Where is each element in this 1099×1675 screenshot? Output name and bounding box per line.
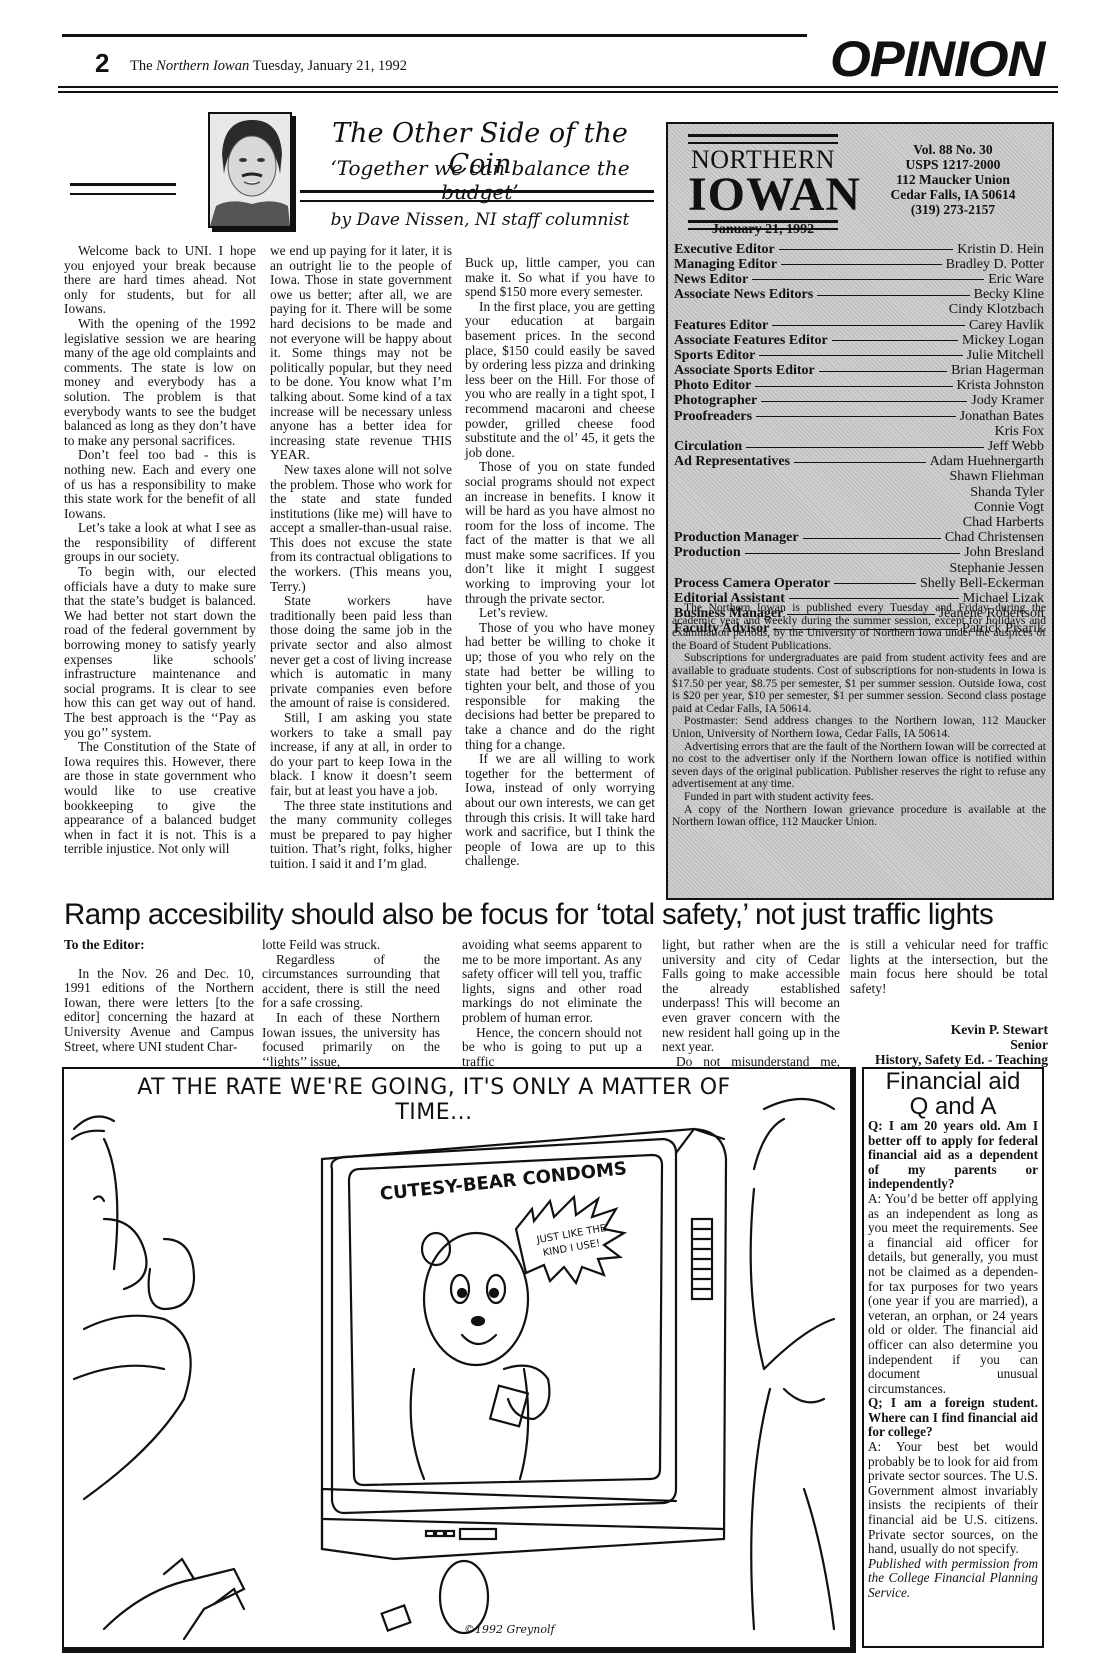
leader-line: [755, 386, 952, 387]
staff-row: xConnie Vogt: [674, 500, 1044, 515]
signature-name: Kevin P. Stewart: [850, 1022, 1048, 1037]
staff-row: xKris Fox: [674, 424, 1044, 439]
paragraph: Welcome back to UNI. I hope you enjoyed …: [64, 244, 256, 317]
question-1: Q: I am 20 years old. Am I better off to…: [868, 1119, 1038, 1192]
staff-role: Photo Editor: [674, 378, 751, 394]
paragraph: The Constitution of the State of Iowa re…: [64, 740, 256, 857]
staff-role: News Editor: [674, 272, 748, 288]
leader-line: [761, 401, 967, 402]
header-bottom-rule: [58, 86, 1058, 88]
staff-role: Associate Sports Editor: [674, 363, 815, 379]
usps: USPS 1217-2000: [858, 157, 1048, 172]
tv-banner-text: CUTESY-BEAR CONDOMS: [379, 1158, 628, 1205]
paragraph: In the first place, you are getting your…: [465, 300, 655, 461]
letter-col2: lotte Feild was struck. Regardless of th…: [262, 938, 440, 1069]
letter-col1: To the Editor: In the Nov. 26 and Dec. 1…: [64, 938, 254, 1054]
staff-row: xChad Harberts: [674, 515, 1044, 530]
staff-name: Connie Vogt: [974, 500, 1044, 516]
paragraph: With the opening of the 1992 legislative…: [64, 317, 256, 448]
column-byline: by Dave Nissen, NI staff columnist: [300, 210, 660, 230]
staff-role: Associate News Editors: [674, 287, 813, 303]
leader-line: [834, 583, 916, 584]
note: Subscriptions for undergraduates are pai…: [672, 652, 1046, 715]
staff-name: Cindy Klotzbach: [949, 302, 1044, 318]
signature-major: History, Safety Ed. - Teaching: [850, 1052, 1048, 1067]
financial-aid-box: Financial aid Q and A Q: I am 20 years o…: [862, 1067, 1044, 1648]
staff-name: Kris Fox: [995, 424, 1044, 440]
paragraph: If we are all willing to work together f…: [465, 752, 655, 869]
dateline-date: Tuesday, January 21, 1992: [253, 58, 407, 74]
staff-role: Process Camera Operator: [674, 576, 830, 592]
staff-list: Executive EditorKristin D. Hein Managing…: [674, 242, 1044, 637]
staff-name: Chad Harberts: [963, 515, 1044, 531]
logo-line2: IOWAN: [688, 173, 838, 217]
staff-name: Brian Hagerman: [951, 363, 1044, 379]
paragraph: The three state institutions and the man…: [270, 799, 452, 872]
paragraph: In the Nov. 26 and Dec. 10, 1991 edition…: [64, 967, 254, 1055]
staff-role: Associate Features Editor: [674, 333, 828, 349]
paragraph: New taxes alone will not solve the probl…: [270, 463, 452, 594]
paragraph: light, but rather when are the universit…: [662, 938, 840, 1055]
signature-class: Senior: [850, 1037, 1048, 1052]
column-rule-right: [300, 190, 654, 202]
staff-role: Managing Editor: [674, 257, 777, 273]
paragraph: Those of you who have money had better b…: [465, 621, 655, 752]
letter-salutation: To the Editor:: [64, 938, 254, 953]
paragraph: In each of these Northern Iowan issues, …: [262, 1011, 440, 1069]
paragraph: State workers have traditionally been pa…: [270, 594, 452, 711]
staff-name: Carey Havlik: [969, 318, 1044, 334]
column-body-col1: Welcome back to UNI. I hope you enjoyed …: [64, 244, 256, 857]
staff-name: Shawn Fliehman: [950, 469, 1045, 485]
staff-row: ProofreadersJonathan Bates: [674, 409, 1044, 424]
staff-row: xShawn Fliehman: [674, 470, 1044, 485]
paragraph: Let’s take a look at what I see as the r…: [64, 521, 256, 565]
svg-text:©1992 Greynolf: ©1992 Greynolf: [464, 1623, 556, 1636]
masthead-date: January 21, 1992: [678, 222, 848, 238]
staff-name: Shanda Tyler: [970, 485, 1044, 501]
paragraph: Those of you on state funded social prog…: [465, 460, 655, 606]
staff-name: John Bresland: [964, 545, 1044, 561]
leader-line: [789, 598, 959, 599]
leader-line: [794, 462, 926, 463]
paragraph: Regardless of the circumstances surround…: [262, 953, 440, 1011]
staff-row: Production ManagerChad Christensen: [674, 531, 1044, 546]
staff-name: Becky Kline: [974, 287, 1044, 303]
paragraph: Don’t feel too bad - this is nothing new…: [64, 448, 256, 521]
paragraph: To begin with, our elected officials hav…: [64, 565, 256, 740]
staff-role: Production Manager: [674, 530, 799, 546]
letter-headline: Ramp accesibility should also be focus f…: [64, 898, 1054, 932]
staff-role: Proofreaders: [674, 409, 752, 425]
note: Postmaster: Send address changes to the …: [672, 715, 1046, 740]
paragraph: we end up paying for it later, it is an …: [270, 244, 452, 463]
staff-name: Mickey Logan: [962, 333, 1044, 349]
answer-1: A: You’d be better off applying as an in…: [868, 1192, 1038, 1396]
column-body-col3: Buck up, little camper, you can make it.…: [465, 256, 655, 869]
paragraph: avoiding what seems apparent to me to be…: [462, 938, 642, 1026]
staff-row: CirculationJeff Webb: [674, 439, 1044, 454]
staff-name: Adam Huehnergarth: [930, 454, 1044, 470]
header-top-rule: [62, 34, 807, 37]
staff-name: Bradley D. Potter: [946, 257, 1044, 273]
staff-row: Features EditorCarey Havlik: [674, 318, 1044, 333]
leader-line: [779, 249, 954, 250]
column-rule-left: [70, 183, 176, 195]
staff-row: xCindy Klotzbach: [674, 303, 1044, 318]
staff-name: Chad Christensen: [945, 530, 1044, 546]
staff-name: Kristin D. Hein: [957, 242, 1044, 258]
staff-role: Photographer: [674, 393, 757, 409]
leader-line: [819, 371, 947, 372]
volume: Vol. 88 No. 30: [858, 142, 1048, 157]
note: Funded in part with student activity fee…: [672, 791, 1046, 804]
staff-row: Photo EditorKrista Johnston: [674, 379, 1044, 394]
staff-role: Production: [674, 545, 741, 561]
staff-role: Features Editor: [674, 318, 768, 334]
staff-name: Julie Mitchell: [967, 348, 1044, 364]
leader-line: [832, 340, 958, 341]
masthead-logo: NORTHERN IOWAN: [688, 134, 838, 232]
paragraph: Hence, the concern should not be who is …: [462, 1026, 642, 1070]
leader-line: [803, 538, 941, 539]
leader-line: [781, 264, 942, 265]
staff-name: Jody Kramer: [971, 393, 1044, 409]
paragraph: Let’s review.: [465, 606, 655, 621]
note: The Northern Iowan is published every Tu…: [672, 602, 1046, 652]
leader-line: [817, 295, 969, 296]
masthead-info: Vol. 88 No. 30 USPS 1217-2000 112 Maucke…: [858, 142, 1048, 217]
paragraph: Still, I am asking you state workers to …: [270, 711, 452, 799]
staff-name: Stephanie Jessen: [950, 561, 1044, 577]
paragraph: is still a vehicular need for traffic li…: [850, 938, 1048, 996]
paragraph: lotte Feild was struck.: [262, 938, 440, 953]
publication-notes: The Northern Iowan is published every Tu…: [672, 602, 1046, 829]
header-bottom-rule-2: [58, 91, 1058, 93]
staff-role: Circulation: [674, 439, 742, 455]
staff-row: Ad RepresentativesAdam Huehnergarth: [674, 455, 1044, 470]
columnist-photo: [208, 112, 292, 228]
dateline-prefix: The: [130, 58, 153, 74]
leader-line: [745, 553, 961, 554]
staff-row: Managing EditorBradley D. Potter: [674, 257, 1044, 272]
address: 112 Maucker Union: [858, 172, 1048, 187]
staff-name: Jeff Webb: [988, 439, 1044, 455]
staff-name: Shelly Bell-Eckerman: [920, 576, 1044, 592]
staff-row: Process Camera OperatorShelly Bell-Ecker…: [674, 576, 1044, 591]
paragraph: Buck up, little camper, you can make it.…: [465, 256, 655, 300]
finaid-credit: Published with permission from the Colle…: [868, 1557, 1038, 1601]
finaid-title-line1: Financial aid: [868, 1069, 1038, 1094]
question-2: Q; I am a foreign student. Where can I f…: [868, 1396, 1038, 1440]
logo-rule-top: [688, 134, 838, 144]
staff-row: News EditorEric Ware: [674, 272, 1044, 287]
staff-row: Sports EditorJulie Mitchell: [674, 348, 1044, 363]
staff-row: Associate News EditorsBecky Kline: [674, 288, 1044, 303]
note: Advertising errors that are the fault of…: [672, 741, 1046, 791]
staff-name: Jonathan Bates: [960, 409, 1044, 425]
leader-line: [752, 279, 984, 280]
phone: (319) 273-2157: [858, 202, 1048, 217]
leader-line: [759, 355, 962, 356]
staff-row: Executive EditorKristin D. Hein: [674, 242, 1044, 257]
staff-row: xShanda Tyler: [674, 485, 1044, 500]
city: Cedar Falls, IA 50614: [858, 187, 1048, 202]
editorial-cartoon: AT THE RATE WE'RE GOING, IT'S ONLY A MAT…: [62, 1067, 856, 1653]
leader-line: [772, 325, 965, 326]
note: A copy of the Northern Iowan grievance p…: [672, 804, 1046, 829]
letter-col5: is still a vehicular need for traffic li…: [850, 938, 1048, 1067]
staff-row: Associate Sports EditorBrian Hagerman: [674, 364, 1044, 379]
staff-row: PhotographerJody Kramer: [674, 394, 1044, 409]
section-title: OPINION: [830, 30, 1044, 88]
column-body-col2: we end up paying for it later, it is an …: [270, 244, 452, 872]
cartoon-drawing-icon: CUTESY-BEAR CONDOMS JUST LIKE THE KIND I…: [64, 1069, 850, 1647]
page-number: 2: [95, 48, 109, 79]
staff-role: Ad Representatives: [674, 454, 790, 470]
staff-row: ProductionJohn Bresland: [674, 546, 1044, 561]
paper-name: Northern Iowan: [156, 58, 249, 74]
staff-row: Associate Features EditorMickey Logan: [674, 333, 1044, 348]
letter-col4: light, but rather when are the universit…: [662, 938, 840, 1084]
staff-role: Executive Editor: [674, 242, 775, 258]
answer-2: A: Your best bet would probably be to lo…: [868, 1440, 1038, 1557]
finaid-title-line2: Q and A: [868, 1094, 1038, 1119]
dateline: The Northern Iowan Tuesday, January 21, …: [130, 58, 407, 75]
leader-line: [746, 447, 984, 448]
masthead-box: NORTHERN IOWAN January 21, 1992 Vol. 88 …: [666, 122, 1054, 900]
portrait-icon: [210, 114, 290, 226]
staff-role: Sports Editor: [674, 348, 755, 364]
staff-row: xStephanie Jessen: [674, 561, 1044, 576]
leader-line: [756, 416, 956, 417]
letter-col3: avoiding what seems apparent to me to be…: [462, 938, 642, 1069]
staff-name: Eric Ware: [988, 272, 1044, 288]
staff-name: Krista Johnston: [957, 378, 1045, 394]
